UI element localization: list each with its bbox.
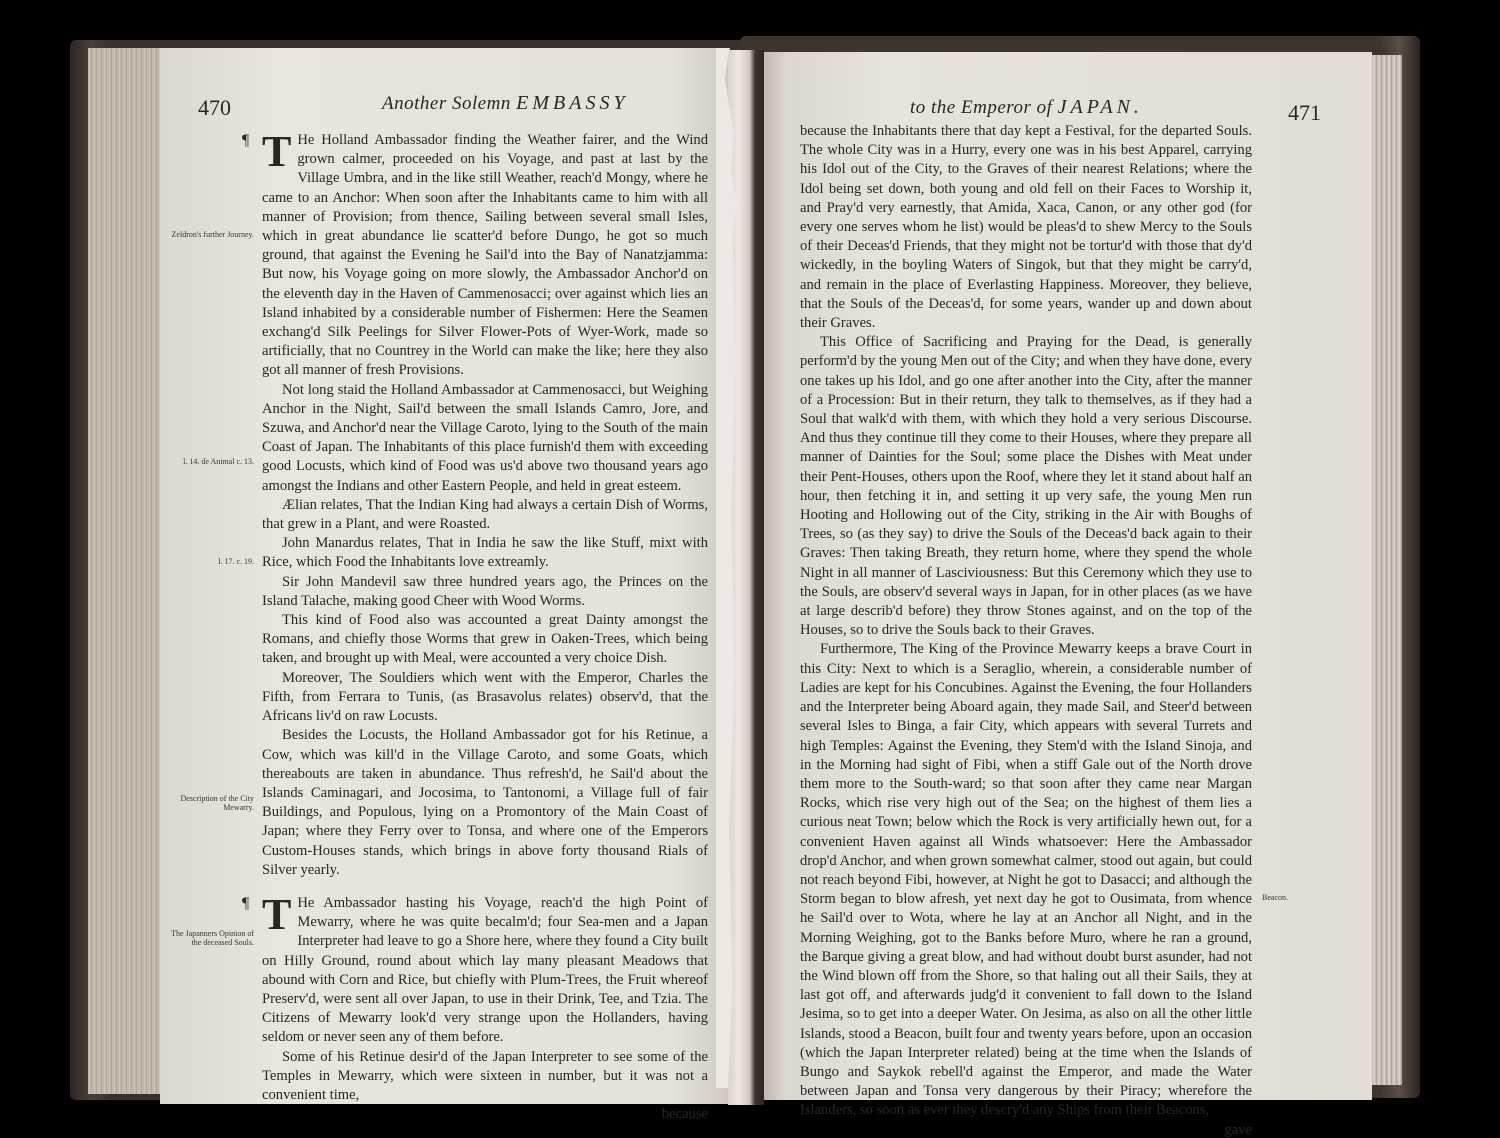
paragraph-text: This kind of Food also was accounted a g… xyxy=(262,612,708,666)
paragraph: John Manardus relates, That in India he … xyxy=(262,534,708,572)
margin-note: l. 17. c. 19. xyxy=(164,557,254,566)
page-number-left: 470 xyxy=(198,95,231,121)
paragraph-text: Sir John Mandevil saw three hundred year… xyxy=(262,574,708,609)
paragraph: Some of his Retinue desir'd of the Japan… xyxy=(262,1048,708,1106)
page-edges-right xyxy=(1368,55,1402,1085)
left-page-text: ¶THe Holland Ambassador finding the Weat… xyxy=(262,131,708,1124)
paragraph: ¶THe Ambassador hasting his Voyage, reac… xyxy=(262,894,708,1048)
catchword: because xyxy=(262,1105,708,1124)
paragraph: This kind of Food also was accounted a g… xyxy=(262,611,708,669)
paragraph-text: Not long staid the Holland Ambassador at… xyxy=(262,382,708,494)
pilcrow-icon: ¶ xyxy=(242,894,249,913)
right-page-text: because the Inhabitants there that day k… xyxy=(800,122,1252,1138)
paragraph-text: Ælian relates, That the Indian King had … xyxy=(262,497,708,532)
margin-note: Beacon. xyxy=(1262,893,1352,902)
paragraph: Ælian relates, That the Indian King had … xyxy=(262,496,708,534)
paragraph-text: Besides the Locusts, the Holland Ambassa… xyxy=(262,727,708,877)
paragraph-text: Moreover, The Souldiers which went with … xyxy=(262,670,708,724)
drop-cap: T xyxy=(262,133,291,171)
paragraph: Furthermore, The King of the Province Me… xyxy=(800,640,1252,1120)
margin-note: Description of the City Mewarry. xyxy=(164,794,254,812)
paragraph: Sir John Mandevil saw three hundred year… xyxy=(262,573,708,611)
drop-cap: T xyxy=(262,896,291,934)
paragraph-text: Furthermore, The King of the Province Me… xyxy=(800,641,1252,1118)
paragraph: because the Inhabitants there that day k… xyxy=(800,122,1252,333)
paragraph-text: John Manardus relates, That in India he … xyxy=(262,535,708,570)
paragraph-text: This Office of Sacrificing and Praying f… xyxy=(800,334,1252,638)
margin-note: Zeldron's further Journey. xyxy=(164,230,254,239)
margin-note: l. 14. de Animal c. 13. xyxy=(164,457,254,466)
paragraph: Moreover, The Souldiers which went with … xyxy=(262,669,708,727)
paragraph: ¶THe Holland Ambassador finding the Weat… xyxy=(262,131,708,381)
paragraph-text: He Ambassador hasting his Voyage, reach'… xyxy=(262,895,708,1045)
paragraph: Not long staid the Holland Ambassador at… xyxy=(262,381,708,496)
pilcrow-icon: ¶ xyxy=(242,131,249,150)
running-head-left-caps: EMBASSY xyxy=(516,92,628,114)
paragraph: Besides the Locusts, the Holland Ambassa… xyxy=(262,726,708,880)
running-head-right-prefix: to the Emperor of xyxy=(910,97,1052,118)
page-number-right: 471 xyxy=(1288,100,1321,126)
paragraph-text: because the Inhabitants there that day k… xyxy=(800,123,1252,331)
running-head-right-caps: JAPAN. xyxy=(1058,96,1143,118)
running-head-left-prefix: Another Solemn xyxy=(382,93,511,114)
page-edges-left xyxy=(88,48,164,1094)
paragraph-text: Some of his Retinue desir'd of the Japan… xyxy=(262,1049,708,1103)
paragraph-text: He Holland Ambassador finding the Weathe… xyxy=(262,132,708,378)
running-head-left: Another Solemn EMBASSY xyxy=(382,92,629,115)
catchword: gave xyxy=(800,1121,1252,1138)
running-head-right: to the Emperor of JAPAN. xyxy=(910,96,1143,119)
paragraph: This Office of Sacrificing and Praying f… xyxy=(800,333,1252,640)
margin-note: The Japanners Opinion of the deceased So… xyxy=(164,929,254,947)
